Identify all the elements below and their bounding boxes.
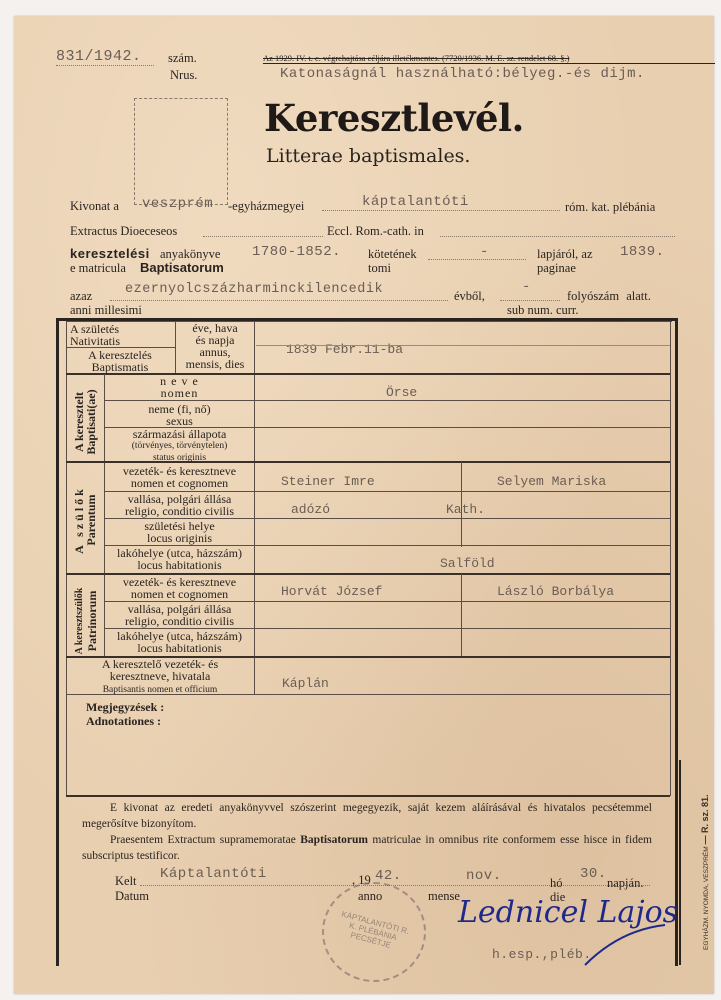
szuletes-label: A születésNativitatis — [70, 323, 170, 347]
baptized-name-value: Örse — [386, 385, 417, 400]
certification-text-la: Praesentem Extractum supramemoratae Bapt… — [82, 832, 652, 864]
extractus-underline — [203, 236, 323, 237]
mother-name-value: Selyem Mariska — [497, 474, 606, 489]
godparent-residence-label: lakóhelye (utca, házszám)locus habitatio… — [105, 630, 254, 654]
neve-label: n e v enomen — [105, 375, 254, 399]
napjan-label: napján. — [607, 876, 643, 891]
page-year-field: 1839. — [620, 244, 665, 260]
document-subtitle-latin: Litterae baptismales. — [266, 145, 470, 167]
stamp-placeholder-box — [134, 98, 228, 205]
baptizer-label: A keresztelő vezeték- éskeresztneve, hiv… — [70, 658, 250, 696]
date-column-label: éve, havaés napjaannus,mensis, dies — [176, 322, 254, 370]
godparent-religion-label: vallása, polgári állásareligio, conditio… — [105, 603, 254, 627]
tomi-label: tomi — [368, 261, 391, 276]
father-religion-value: adózó — [291, 502, 330, 517]
certification-text-hu: E kivonat az eredeti anyakönyvvel szósze… — [82, 800, 652, 832]
place-value: Káptalantóti — [160, 866, 267, 882]
anni-millesimi-label: anni millesimi — [70, 303, 142, 318]
military-use-note: Katonaságnál használható:bélyeg.-és dijm… — [280, 66, 645, 82]
baptizer-value: Káplán — [282, 676, 329, 691]
side-rule — [679, 760, 681, 965]
keresztelesi-label: keresztelési — [70, 246, 150, 261]
parish-underline — [322, 210, 560, 211]
mother-religion-value: Kath. — [446, 502, 485, 517]
baptisatorum-label: Baptisatorum — [140, 260, 224, 275]
document-title: Keresztlevél. — [264, 96, 524, 140]
paginae-label: paginae — [537, 261, 576, 276]
mense-label: mense — [428, 889, 460, 904]
law-notice: Az 1929. IV. t. c. végrehajtása céljára … — [263, 53, 715, 64]
extractus-label: Extractus Dioeceseos — [70, 224, 177, 239]
datum-label: Datum — [115, 889, 149, 904]
ho-label: hó — [550, 876, 563, 891]
year-in-words-field: ezernyolcszázharminckilencedik — [125, 282, 383, 297]
folyoszam-field: - — [522, 279, 531, 295]
signer-title: h.esp.,pléb. — [492, 947, 592, 962]
parent-name-label: vezeték- és keresztnevenomen et cognomen — [105, 465, 254, 489]
month-value: nov. — [466, 868, 502, 884]
parent-birthplace-label: születési helyelocus originis — [105, 520, 254, 544]
father-name-value: Steiner Imre — [281, 474, 375, 489]
folyoszam-underline — [500, 300, 560, 301]
parish-field: káptalantóti — [362, 194, 469, 210]
egyhazmegyei-label: -egyházmegyei — [228, 199, 304, 214]
parent-religion-label: vallása, polgári állásareligio, conditio… — [105, 493, 254, 517]
kelt-label: Kelt — [115, 874, 137, 889]
kivonat-label: Kivonat a — [70, 199, 119, 214]
register-years-field: 1780-1852. — [252, 244, 341, 260]
signature-flourish — [580, 920, 670, 970]
szam-label: szám. — [168, 51, 197, 66]
azaz-label: azaz — [70, 289, 92, 304]
matricula-label: e matricula — [70, 261, 126, 276]
day-value: 30. — [580, 866, 607, 882]
notes-label: Megjegyzések :Adnotationes : — [86, 700, 164, 728]
year-words-underline — [110, 300, 448, 301]
printer-imprint: EGYHÁZM. NYOMDA, VESZPRÉM — R. sz. 81. — [700, 780, 710, 950]
subnum-label: sub num. curr. — [507, 303, 579, 318]
godmother-name-value: László Borbálya — [497, 584, 614, 599]
parent-residence-label: lakóhelye (utca, házszám)locus habitatio… — [105, 547, 254, 571]
eccl-label: Eccl. Rom.-cath. in — [327, 224, 424, 239]
godfather-name-value: Horvát József — [281, 584, 382, 599]
godparent-name-label: vezeték- és keresztnevenomen et cognomen — [105, 576, 254, 600]
szarmazasi-label: származási állapota(törvényes, törvényte… — [105, 429, 254, 463]
volume-underline — [428, 259, 526, 260]
eccl-underline — [440, 236, 675, 237]
folyoszam-label: folyószám alatt. — [567, 289, 651, 304]
volume-field: - — [480, 244, 489, 260]
reference-number: 831/1942. — [56, 48, 156, 65]
kotetenek-label: kötetének — [368, 247, 417, 262]
nrus-label: Nrus. — [170, 68, 197, 83]
diocese-field: veszprém — [142, 196, 213, 212]
lapjarol-label: lapjáról, az — [537, 247, 593, 262]
neme-label: neme (fi, nő)sexus — [105, 403, 254, 427]
evbol-label: évből, — [454, 289, 485, 304]
parent-residence-value: Salföld — [440, 556, 495, 571]
plebania-label: róm. kat. plébánia — [565, 200, 655, 215]
